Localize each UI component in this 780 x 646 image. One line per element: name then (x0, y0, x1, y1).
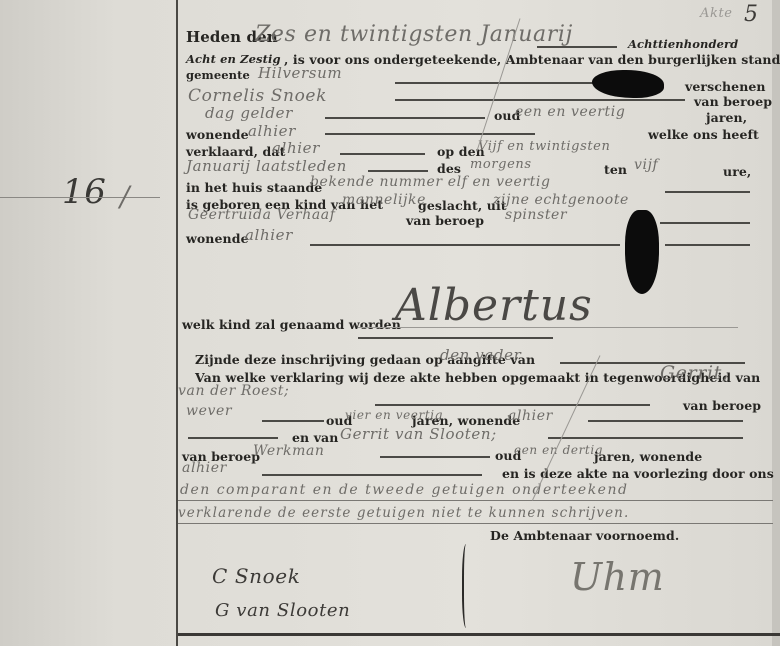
margin-line (176, 0, 178, 646)
rule (325, 117, 485, 119)
field-mother-name: Geertruida Verhaaf (188, 207, 336, 223)
field-declarant-ref: den vader (440, 346, 521, 364)
field-mother-occupation: spinster (505, 207, 567, 223)
document-page: 16 / Akte 5 Heden den Zes en twintigsten… (0, 0, 780, 646)
record-number: 16 (62, 172, 106, 212)
label-van-beroep-3: van beroep (683, 398, 761, 413)
rule (588, 420, 743, 422)
rule (395, 99, 685, 101)
rule (340, 153, 425, 155)
ink-blot-2 (625, 210, 659, 294)
field-declarant-residence: alhier (248, 122, 296, 140)
label-jaren-wonende-2: jaren, wonende (594, 449, 702, 464)
rule (262, 474, 482, 476)
field-date-day: Zes en twintigsten Januarij (255, 22, 573, 47)
field-child-name: Albertus (395, 280, 593, 331)
field-mother-residence: alhier (245, 226, 293, 244)
rule (178, 500, 773, 501)
rule (310, 244, 620, 246)
rule (368, 170, 428, 172)
label-year-1: Achttienhonderd (628, 37, 738, 51)
field-witness1-residence: alhier (508, 408, 553, 424)
label-welk-kind: welk kind zal genaamd worden (182, 317, 401, 332)
rule (660, 222, 750, 224)
label-ambtenaar: De Ambtenaar voornoemd. (490, 528, 679, 543)
page-label: 5 (744, 2, 759, 27)
field-closing-line-1: den comparant en de tweede getuigen onde… (180, 482, 628, 498)
field-declarant-name: Cornelis Snoek (188, 86, 327, 106)
signature-brace (462, 544, 472, 628)
field-house: bekende nummer elf en veertig (310, 174, 551, 190)
page-label-prefix: Akte (700, 6, 733, 21)
field-birth-month: Januarij laatstleden (186, 157, 347, 175)
signature-official: Uhm (570, 555, 664, 599)
rule (262, 420, 324, 422)
field-witness1-first: Gerrit, (660, 362, 729, 384)
label-welke-ons-heeft: welke ons heeft (648, 127, 759, 142)
field-witness2-name: Gerrit van Slooten; (340, 425, 497, 443)
label-verschenen: verschenen (685, 79, 766, 94)
label-van-beroep: van beroep (694, 94, 772, 109)
field-birth-place: alhier (272, 139, 320, 157)
rule (358, 327, 738, 328)
rule (665, 244, 750, 246)
signature-declarant: C Snoek (212, 564, 300, 588)
field-declarant-age: een en veertig (515, 104, 625, 120)
rule (395, 82, 595, 84)
bottom-rule (178, 633, 780, 636)
label-wonende-2: wonende (186, 231, 249, 246)
label-ten: ten (604, 162, 627, 177)
field-sex: mannelijke (342, 192, 426, 208)
rule (178, 523, 773, 524)
rule (188, 437, 278, 439)
field-witness2-residence: alhier (182, 460, 227, 476)
margin-rule (0, 197, 160, 198)
label-van-beroep-2: van beroep (406, 213, 484, 228)
page-edge (772, 0, 780, 646)
field-birth-date: Vijf en twintigsten (478, 139, 610, 154)
rule (537, 46, 617, 48)
label-ure: ure, (723, 164, 751, 179)
rule (380, 456, 490, 458)
margin-mark: / (120, 180, 130, 213)
rule (375, 404, 650, 406)
label-wonende: wonende (186, 127, 249, 142)
label-jaren: jaren, (706, 110, 747, 125)
rule (548, 437, 743, 439)
label-gemeente: gemeente (186, 68, 250, 82)
label-intro: , is voor ons ondergeteekende, Ambtenaar… (284, 52, 780, 67)
signature-witness: G van Slooten (215, 600, 350, 621)
field-hour: vijf (634, 157, 658, 173)
field-witness1-occupation: wever (186, 403, 232, 419)
field-municipality: Hilversum (258, 64, 342, 82)
field-closing-line-2: verklarende de eerste getuigen niet te k… (178, 505, 629, 521)
field-declarant-occupation: dag gelder (205, 104, 293, 122)
field-witness2-occupation: Werkman (253, 443, 325, 459)
field-time-of-day: morgens (470, 157, 532, 172)
ink-blot (592, 70, 664, 98)
rule (325, 133, 535, 135)
rule (665, 191, 750, 193)
field-mother-line-1: zijne echtgenoote (493, 192, 629, 208)
label-in-het-huis: in het huis staande (186, 180, 322, 195)
rule-underline (358, 337, 553, 339)
field-witness1-last: van der Roest; (178, 383, 289, 399)
